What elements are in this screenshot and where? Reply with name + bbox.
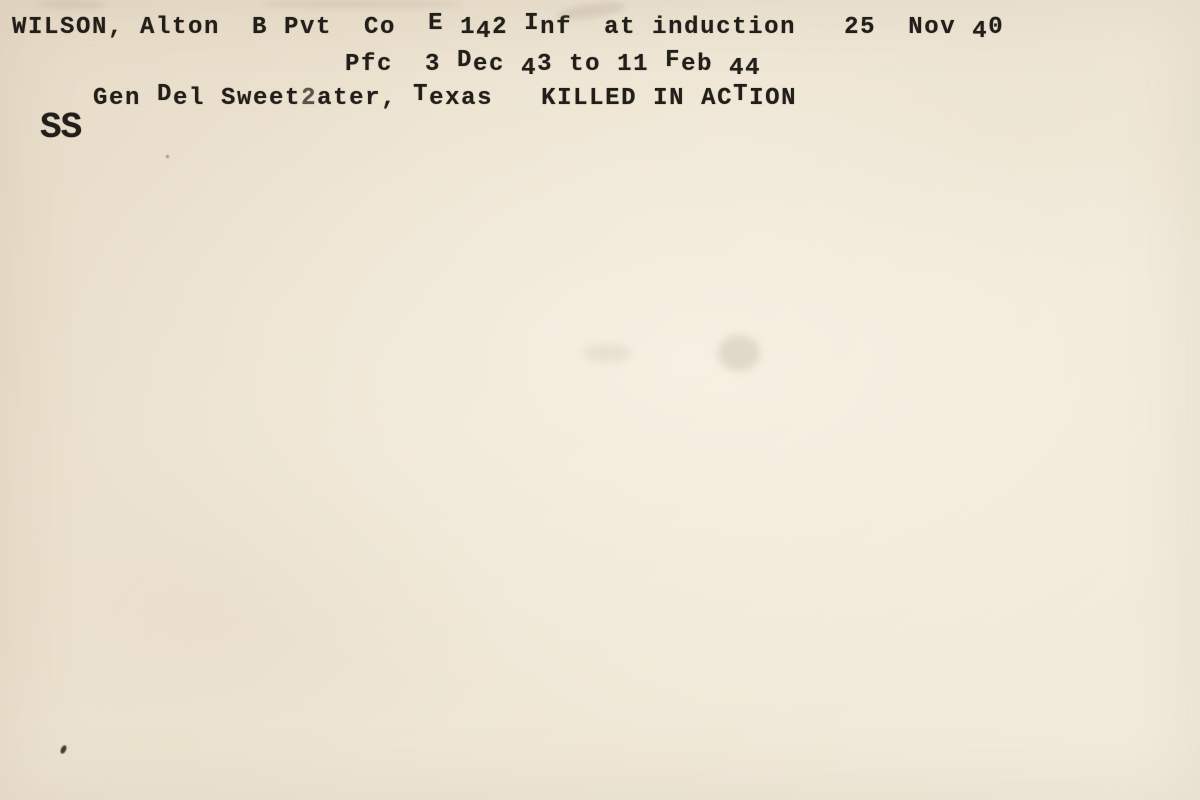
text-segment: 1: [444, 14, 476, 41]
paper-dot: [166, 155, 169, 158]
smudge-right: [718, 335, 760, 371]
text-segment: 2: [301, 85, 317, 112]
text-segment: 4: [972, 18, 988, 45]
text-segment: 44: [729, 55, 761, 82]
text-segment: ION: [749, 85, 797, 112]
smudge-mid: [583, 344, 631, 362]
text-segment: el Sweet: [173, 85, 301, 112]
text-segment: T: [413, 81, 429, 108]
text-segment: 4: [521, 55, 537, 82]
text-segment: exas KILLED IN AC: [429, 85, 733, 112]
record-card: WILSON, Alton B Pvt Co E 142 Inf at indu…: [0, 0, 1200, 800]
text-segment: I: [524, 10, 540, 37]
ink-speck: [59, 744, 67, 754]
text-segment: F: [665, 47, 681, 74]
text-segment: 2: [492, 14, 524, 41]
text-segment: E: [428, 10, 444, 37]
text-segment: nf at induction 25 Nov: [540, 14, 972, 41]
text-segment: WILSON, Alton B Pvt Co: [12, 14, 428, 41]
text-segment: SS: [40, 107, 81, 148]
service-line-promotion-dates: Pfc 3 Dec 43 to 11 Feb 44: [345, 53, 761, 77]
service-line-ss: SS: [40, 110, 81, 146]
streak-top-left: [36, 0, 106, 9]
text-segment: ec: [473, 51, 521, 78]
text-segment: 4: [476, 18, 492, 45]
text-segment: eb: [681, 51, 729, 78]
text-segment: Gen: [93, 85, 157, 112]
text-segment: T: [733, 81, 749, 108]
text-segment: ater,: [317, 85, 413, 112]
text-segment: Pfc 3: [345, 51, 457, 78]
text-segment: 0: [988, 14, 1004, 41]
service-line-address-status: Gen Del Sweet2ater, Texas KILLED IN ACTI…: [93, 87, 797, 111]
streak-top-mid: [262, 0, 462, 8]
text-segment: D: [457, 47, 473, 74]
service-line-name-rank-unit: WILSON, Alton B Pvt Co E 142 Inf at indu…: [12, 16, 1004, 40]
text-segment: 3 to 11: [537, 51, 665, 78]
text-segment: D: [157, 81, 173, 108]
